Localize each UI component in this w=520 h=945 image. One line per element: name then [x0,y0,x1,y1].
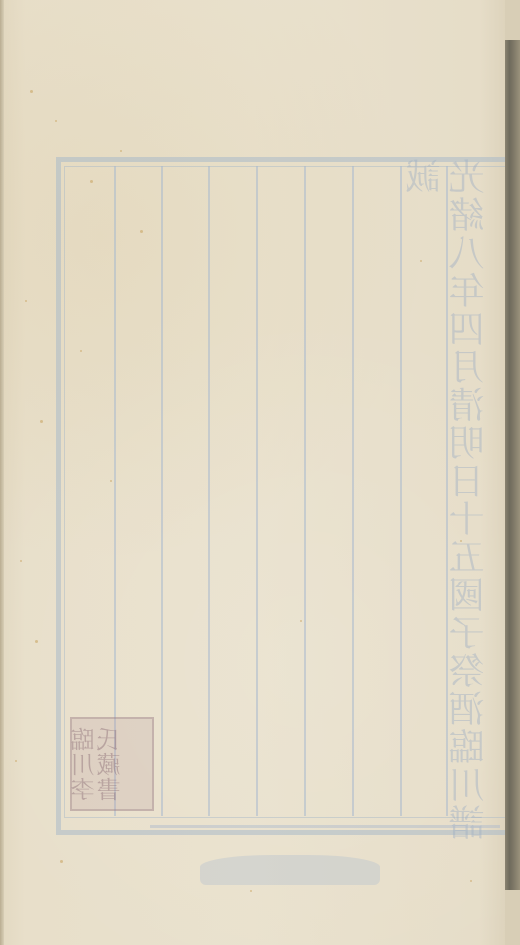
column-rule [161,166,163,816]
spine-bottom-paper [505,890,520,945]
column-rule [352,166,354,816]
seal-stamp: 臨川李氏藏書 [70,717,154,811]
column-rule [208,166,210,816]
fishtail-mark [200,855,380,885]
column-rule [400,166,402,816]
bottom-rule [150,825,500,828]
spine-top-paper [505,0,520,40]
seal-text: 臨川李氏藏書 [72,719,152,809]
colophon-text-main: 光緒八年四月清明日十五國子祭酒臨川譜 [448,158,492,842]
colophon-text-short: 誠 [406,158,446,197]
column-rule [256,166,258,816]
column-rule [304,166,306,816]
book-spine [505,0,520,945]
page-left-edge [0,0,4,945]
